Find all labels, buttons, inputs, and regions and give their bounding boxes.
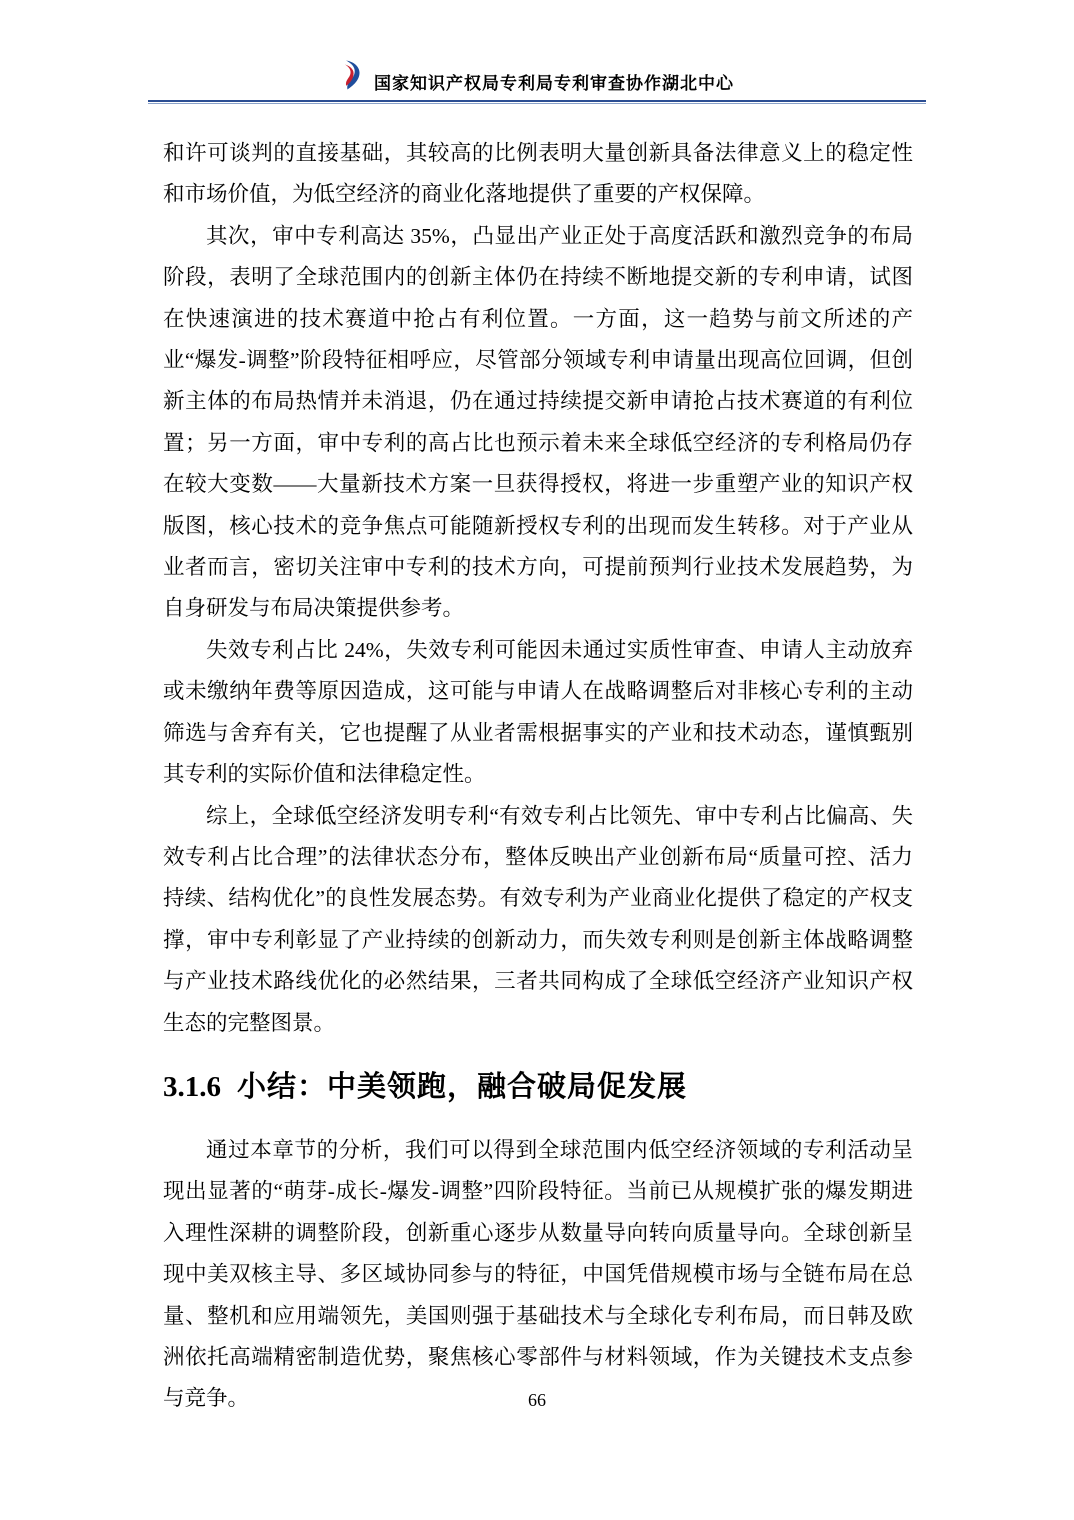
page-footer: 66	[0, 1390, 1074, 1411]
header-rule-shadow	[148, 103, 926, 104]
body-content: 和许可谈判的直接基础，其较高的比例表明大量创新具备法律意义上的稳定性和市场价值，…	[163, 133, 913, 1420]
body-paragraph: 其次，审中专利高达 35%，凸显出产业正处于高度活跃和激烈竞争的布局阶段，表明了…	[163, 216, 913, 630]
section-heading-number: 3.1.6	[163, 1071, 221, 1103]
page-header: 国家知识产权局专利局专利审查协作湖北中心	[148, 0, 926, 104]
body-paragraph: 和许可谈判的直接基础，其较高的比例表明大量创新具备法律意义上的稳定性和市场价值，…	[163, 133, 913, 216]
page-number: 66	[528, 1390, 546, 1410]
section-heading: 3.1.6小结：中美领跑，融合破局促发展	[163, 1061, 913, 1113]
cnipa-flame-logo-icon	[340, 59, 362, 96]
header-title: 国家知识产权局专利局专利审查协作湖北中心	[374, 72, 734, 96]
document-page: 国家知识产权局专利局专利审查协作湖北中心 和许可谈判的直接基础，其较高的比例表明…	[0, 0, 1074, 1520]
body-paragraph: 失效专利占比 24%，失效专利可能因未通过实质性审查、申请人主动放弃或未缴纳年费…	[163, 630, 913, 796]
header-rule	[148, 100, 926, 102]
section-heading-title: 小结：中美领跑，融合破局促发展	[237, 1071, 687, 1103]
body-paragraph: 综上，全球低空经济发明专利“有效专利占比领先、审中专利占比偏高、失效专利占比合理…	[163, 796, 913, 1044]
body-paragraph: 通过本章节的分析，我们可以得到全球范围内低空经济领域的专利活动呈现出显著的“萌芽…	[163, 1130, 913, 1420]
